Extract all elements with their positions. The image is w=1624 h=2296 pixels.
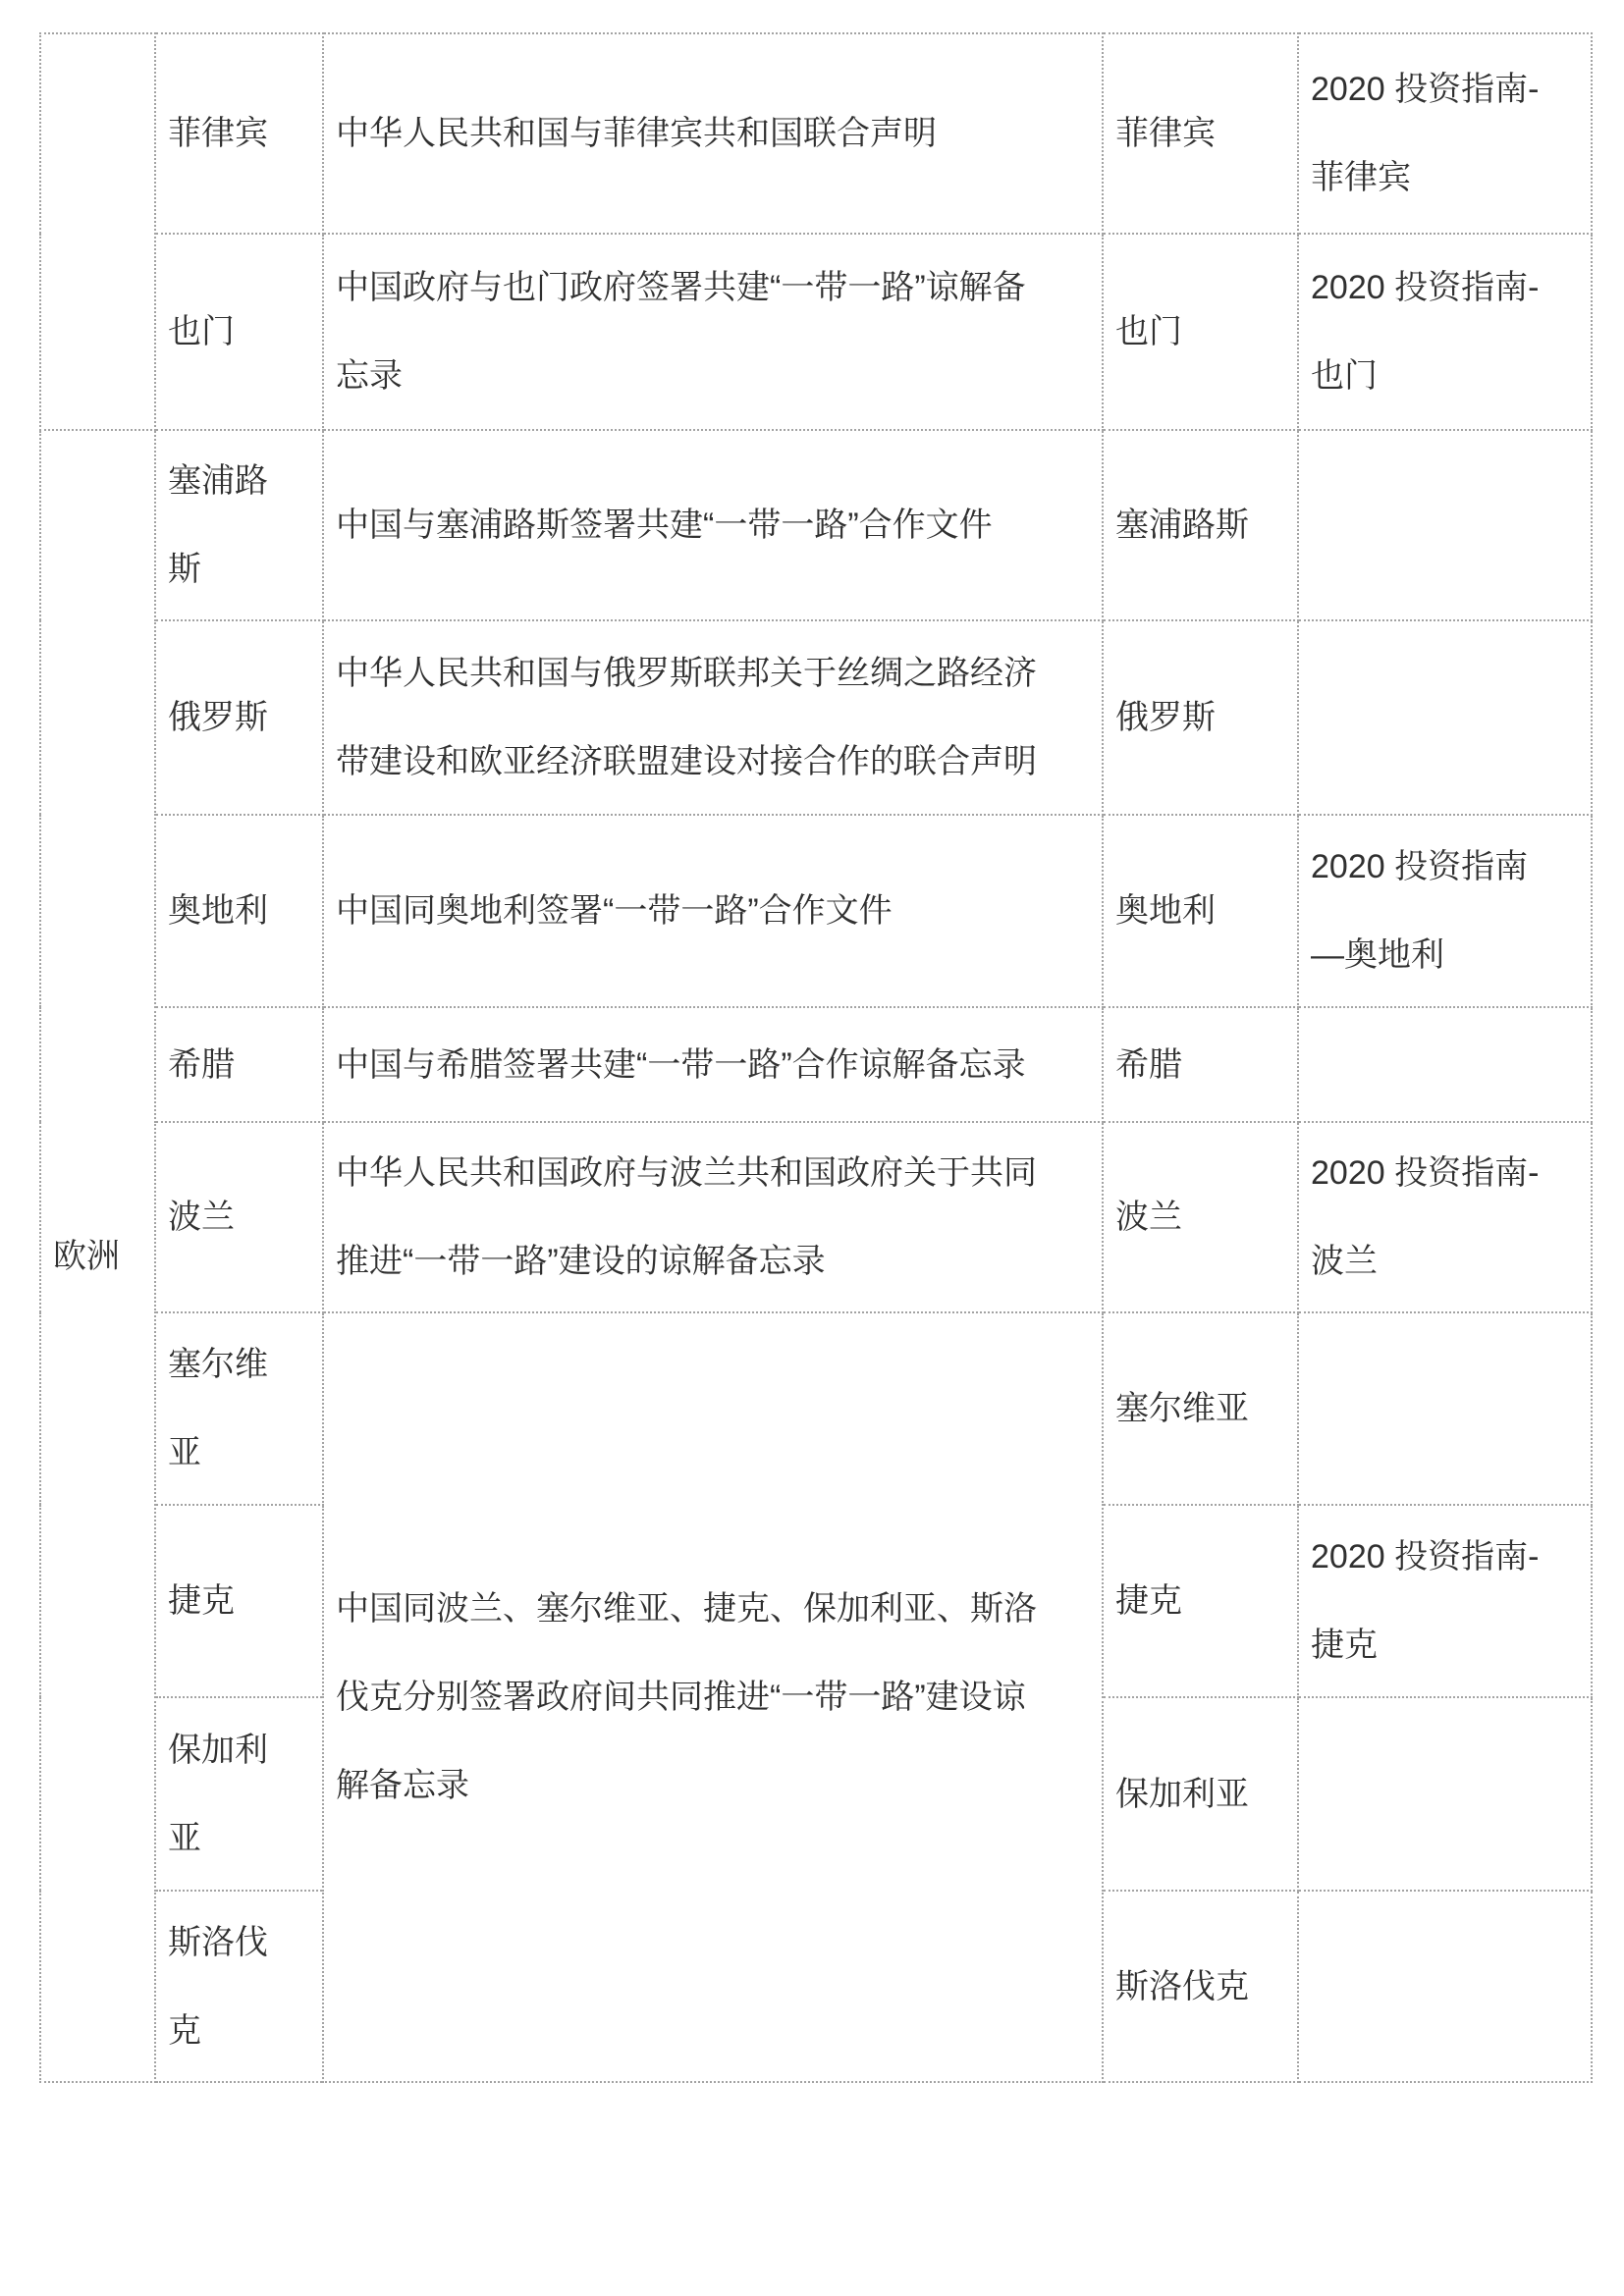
country-name-line: 保加利 <box>168 1706 310 1794</box>
country-name-line: 波兰 <box>168 1173 310 1261</box>
country-ref-cell: 俄罗斯 <box>1103 620 1298 815</box>
document-title-line: 推进“一带一路”建设的谅解备忘录 <box>336 1217 1090 1306</box>
document-cell: 中国与塞浦路斯签署共建“一带一路”合作文件 <box>323 430 1103 620</box>
document-title-line: 中华人民共和国与菲律宾共和国联合声明 <box>336 89 1090 178</box>
country-name-line: 斯洛伐 <box>168 1898 310 1987</box>
guide-label-line: 2020 投资指南- <box>1311 1129 1579 1217</box>
table-row: 欧洲塞浦路斯中国与塞浦路斯签署共建“一带一路”合作文件塞浦路斯 <box>40 430 1592 620</box>
country-ref-label: 保加利亚 <box>1115 1750 1285 1839</box>
document-title-line: 中国同波兰、塞尔维亚、捷克、保加利亚、斯洛 <box>336 1565 1090 1653</box>
document-cell: 中华人民共和国与俄罗斯联邦关于丝绸之路经济带建设和欧亚经济联盟建设对接合作的联合… <box>323 620 1103 815</box>
table-row: 也门中国政府与也门政府签署共建“一带一路”谅解备忘录也门2020 投资指南-也门 <box>40 234 1592 430</box>
cooperation-table: 菲律宾中华人民共和国与菲律宾共和国联合声明菲律宾2020 投资指南-菲律宾也门中… <box>39 32 1593 2083</box>
country-ref-label: 希腊 <box>1115 1021 1285 1109</box>
country-ref-label: 斯洛伐克 <box>1115 1943 1285 2031</box>
guide-cell: 2020 投资指南-波兰 <box>1298 1122 1592 1312</box>
country-cell: 塞尔维亚 <box>155 1312 323 1505</box>
guide-cell: 2020 投资指南-也门 <box>1298 234 1592 430</box>
document-page: 菲律宾中华人民共和国与菲律宾共和国联合声明菲律宾2020 投资指南-菲律宾也门中… <box>0 0 1624 2296</box>
country-name-line: 奥地利 <box>168 867 310 955</box>
country-ref-cell: 奥地利 <box>1103 815 1298 1007</box>
country-name-line: 希腊 <box>168 1021 310 1109</box>
document-cell: 中国与希腊签署共建“一带一路”合作谅解备忘录 <box>323 1007 1103 1122</box>
guide-label-line: 2020 投资指南- <box>1311 243 1579 332</box>
guide-cell: 2020 投资指南-捷克 <box>1298 1505 1592 1697</box>
country-ref-cell: 捷克 <box>1103 1505 1298 1697</box>
document-title-line: 中国政府与也门政府签署共建“一带一路”谅解备 <box>336 243 1090 332</box>
guide-label-line: 也门 <box>1311 332 1579 420</box>
country-ref-label: 塞浦路斯 <box>1115 481 1285 569</box>
document-title-line: 伐克分别签署政府间共同推进“一带一路”建设谅 <box>336 1653 1090 1741</box>
document-cell: 中国同奥地利签署“一带一路”合作文件 <box>323 815 1103 1007</box>
country-cell: 菲律宾 <box>155 33 323 234</box>
country-cell: 希腊 <box>155 1007 323 1122</box>
guide-cell <box>1298 620 1592 815</box>
country-name-line: 塞浦路 <box>168 437 310 525</box>
document-title-line: 中国同奥地利签署“一带一路”合作文件 <box>336 867 1090 955</box>
guide-cell <box>1298 1007 1592 1122</box>
document-cell: 中华人民共和国与菲律宾共和国联合声明 <box>323 33 1103 234</box>
country-ref-cell: 也门 <box>1103 234 1298 430</box>
country-ref-cell: 菲律宾 <box>1103 33 1298 234</box>
region-cell: 欧洲 <box>40 430 155 2082</box>
guide-cell <box>1298 430 1592 620</box>
document-title-line: 中国与希腊签署共建“一带一路”合作谅解备忘录 <box>336 1021 1090 1109</box>
document-cell: 中国政府与也门政府签署共建“一带一路”谅解备忘录 <box>323 234 1103 430</box>
country-ref-label: 奥地利 <box>1115 867 1285 955</box>
guide-label-line: 波兰 <box>1311 1217 1579 1306</box>
country-cell: 波兰 <box>155 1122 323 1312</box>
document-title-line: 中华人民共和国与俄罗斯联邦关于丝绸之路经济 <box>336 629 1090 718</box>
document-title-line: 中国与塞浦路斯签署共建“一带一路”合作文件 <box>336 481 1090 569</box>
country-ref-label: 塞尔维亚 <box>1115 1364 1285 1453</box>
country-cell: 奥地利 <box>155 815 323 1007</box>
guide-label-line: 菲律宾 <box>1311 133 1579 222</box>
country-name-line: 斯 <box>168 525 310 614</box>
country-ref-label: 波兰 <box>1115 1173 1285 1261</box>
country-ref-label: 菲律宾 <box>1115 89 1285 178</box>
guide-cell <box>1298 1312 1592 1505</box>
country-name-line: 克 <box>168 1987 310 2075</box>
country-ref-cell: 塞浦路斯 <box>1103 430 1298 620</box>
table-row: 希腊中国与希腊签署共建“一带一路”合作谅解备忘录希腊 <box>40 1007 1592 1122</box>
country-cell: 也门 <box>155 234 323 430</box>
table-row: 菲律宾中华人民共和国与菲律宾共和国联合声明菲律宾2020 投资指南-菲律宾 <box>40 33 1592 234</box>
country-ref-label: 俄罗斯 <box>1115 673 1285 762</box>
country-name-line: 捷克 <box>168 1557 310 1645</box>
country-cell: 俄罗斯 <box>155 620 323 815</box>
table-row: 奥地利中国同奥地利签署“一带一路”合作文件奥地利2020 投资指南—奥地利 <box>40 815 1592 1007</box>
country-ref-cell: 希腊 <box>1103 1007 1298 1122</box>
guide-cell <box>1298 1697 1592 1891</box>
region-label: 欧洲 <box>53 1212 142 1301</box>
country-name-line: 亚 <box>168 1794 310 1883</box>
guide-cell: 2020 投资指南-菲律宾 <box>1298 33 1592 234</box>
guide-label-line: 2020 投资指南 <box>1311 823 1579 911</box>
country-cell: 斯洛伐克 <box>155 1891 323 2082</box>
table-row: 波兰中华人民共和国政府与波兰共和国政府关于共同推进“一带一路”建设的谅解备忘录波… <box>40 1122 1592 1312</box>
country-ref-cell: 波兰 <box>1103 1122 1298 1312</box>
country-name-line: 塞尔维 <box>168 1320 310 1409</box>
guide-cell: 2020 投资指南—奥地利 <box>1298 815 1592 1007</box>
document-cell: 中华人民共和国政府与波兰共和国政府关于共同推进“一带一路”建设的谅解备忘录 <box>323 1122 1103 1312</box>
country-name-line: 俄罗斯 <box>168 673 310 762</box>
region-cell <box>40 33 155 430</box>
country-cell: 塞浦路斯 <box>155 430 323 620</box>
table-row: 俄罗斯中华人民共和国与俄罗斯联邦关于丝绸之路经济带建设和欧亚经济联盟建设对接合作… <box>40 620 1592 815</box>
country-cell: 保加利亚 <box>155 1697 323 1891</box>
document-title-line: 解备忘录 <box>336 1741 1090 1830</box>
country-name-line: 菲律宾 <box>168 89 310 178</box>
country-ref-cell: 保加利亚 <box>1103 1697 1298 1891</box>
country-ref-cell: 斯洛伐克 <box>1103 1891 1298 2082</box>
guide-label-line: —奥地利 <box>1311 911 1579 999</box>
country-ref-cell: 塞尔维亚 <box>1103 1312 1298 1505</box>
document-title-line: 忘录 <box>336 332 1090 420</box>
country-ref-label: 也门 <box>1115 288 1285 376</box>
table-row: 塞尔维亚中国同波兰、塞尔维亚、捷克、保加利亚、斯洛伐克分别签署政府间共同推进“一… <box>40 1312 1592 1505</box>
document-title-line: 带建设和欧亚经济联盟建设对接合作的联合声明 <box>336 718 1090 806</box>
guide-cell <box>1298 1891 1592 2082</box>
country-name-line: 也门 <box>168 288 310 376</box>
guide-label-line: 2020 投资指南- <box>1311 1513 1579 1601</box>
guide-label-line: 捷克 <box>1311 1601 1579 1689</box>
country-cell: 捷克 <box>155 1505 323 1697</box>
document-title-line: 中华人民共和国政府与波兰共和国政府关于共同 <box>336 1129 1090 1217</box>
guide-label-line: 2020 投资指南- <box>1311 45 1579 133</box>
country-ref-label: 捷克 <box>1115 1557 1285 1645</box>
country-name-line: 亚 <box>168 1409 310 1497</box>
document-cell: 中国同波兰、塞尔维亚、捷克、保加利亚、斯洛伐克分别签署政府间共同推进“一带一路”… <box>323 1312 1103 2082</box>
